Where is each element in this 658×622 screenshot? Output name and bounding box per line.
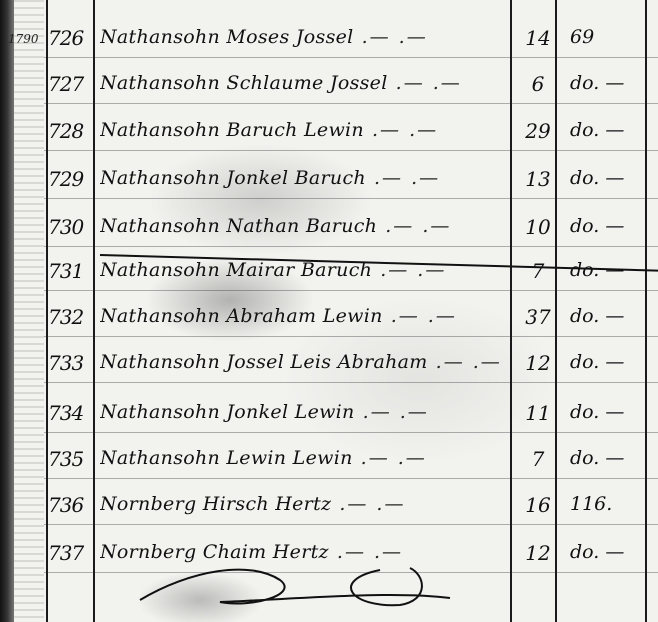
entry-age: 14 [515, 26, 561, 50]
filler-dashes: .— .— [383, 305, 457, 327]
entry-age: 16 [515, 493, 561, 517]
row-rule [44, 524, 658, 525]
filler-dashes: .— .— [377, 215, 451, 237]
entry-remark: do. — [570, 72, 640, 94]
entry-remark: do. — [570, 167, 640, 189]
entry-name: Nathansohn Baruch Lewin .— .— [100, 119, 505, 141]
filler-dashes: .— .— [366, 167, 440, 189]
entry-remark: do. — [570, 447, 640, 469]
register-entry: 734Nathansohn Jonkel Lewin .— .—11do. — [0, 395, 658, 435]
register-page: 1790 726Nathansohn Moses Jossel .— .—146… [0, 0, 658, 622]
register-entry: 729Nathansohn Jonkel Baruch .— .—13do. — [0, 161, 658, 201]
entry-name-text: Nathansohn Baruch Lewin [100, 119, 364, 141]
entry-age: 37 [515, 305, 561, 329]
signature-flourish [130, 560, 460, 610]
row-rule [44, 150, 658, 151]
entry-number: 736 [48, 493, 92, 517]
register-entry: 728Nathansohn Baruch Lewin .— .—29do. — [0, 113, 658, 153]
entry-remark: do. — [570, 401, 640, 423]
row-rule [44, 57, 658, 58]
entry-age: 29 [515, 119, 561, 143]
row-rule [44, 103, 658, 104]
entry-remark: 116. [570, 493, 640, 515]
entry-remark: do. — [570, 215, 640, 237]
row-rule [44, 290, 658, 291]
entry-number: 734 [48, 401, 92, 425]
entry-number: 732 [48, 305, 92, 329]
register-entry: 727Nathansohn Schlaume Jossel .— .—6do. … [0, 66, 658, 106]
entry-number: 735 [48, 447, 92, 471]
register-entry: 731Nathansohn Mairar Baruch .— .—7do. — [0, 253, 658, 293]
entry-name: Nathansohn Mairar Baruch .— .— [100, 259, 505, 281]
entry-name: Nathansohn Moses Jossel .— .— [100, 26, 505, 48]
row-rule [44, 246, 658, 247]
entry-name-text: Nathansohn Jonkel Lewin [100, 401, 355, 423]
entry-age: 6 [515, 72, 561, 96]
row-rule [44, 198, 658, 199]
entry-age: 7 [515, 259, 561, 283]
register-entry: 735Nathansohn Lewin Lewin .— .—7do. — [0, 441, 658, 481]
entry-number: 730 [48, 215, 92, 239]
entry-name-text: Nathansohn Jonkel Baruch [100, 167, 366, 189]
entry-name: Nathansohn Nathan Baruch .— .— [100, 215, 505, 237]
entry-number: 733 [48, 351, 92, 375]
entry-age: 12 [515, 541, 561, 565]
filler-dashes: .— .— [428, 351, 502, 373]
entry-remark: do. — [570, 119, 640, 141]
entry-name-text: Nathansohn Nathan Baruch [100, 215, 377, 237]
entry-number: 729 [48, 167, 92, 191]
row-rule [44, 432, 658, 433]
entry-name-text: Nathansohn Abraham Lewin [100, 305, 383, 327]
entry-remark: do. — [570, 351, 640, 373]
row-rule [44, 478, 658, 479]
entry-name-text: Nathansohn Schlaume Jossel [100, 72, 388, 94]
register-entry: 726Nathansohn Moses Jossel .— .—1469 [0, 20, 658, 60]
entry-number: 727 [48, 72, 92, 96]
entry-name-text: Nathansohn Jossel Leis Abraham [100, 351, 428, 373]
entry-name-text: Nathansohn Moses Jossel [100, 26, 354, 48]
row-rule [44, 336, 658, 337]
entry-name-text: Nathansohn Lewin Lewin [100, 447, 353, 469]
entry-remark: do. — [570, 305, 640, 327]
filler-dashes: .— .— [388, 72, 462, 94]
entry-age: 12 [515, 351, 561, 375]
entry-age: 11 [515, 401, 561, 425]
entry-name: Nornberg Hirsch Hertz .— .— [100, 493, 505, 515]
register-entry: 732Nathansohn Abraham Lewin .— .—37do. — [0, 299, 658, 339]
entry-name: Nathansohn Jonkel Lewin .— .— [100, 401, 505, 423]
entry-name: Nathansohn Schlaume Jossel .— .— [100, 72, 505, 94]
entry-name-text: Nornberg Hirsch Hertz [100, 493, 331, 515]
filler-dashes: .— .— [354, 26, 428, 48]
entry-name: Nathansohn Jonkel Baruch .— .— [100, 167, 505, 189]
filler-dashes: .— .— [353, 447, 427, 469]
entry-number: 726 [48, 26, 92, 50]
filler-dashes: .— .— [355, 401, 429, 423]
entry-name: Nathansohn Jossel Leis Abraham .— .— [100, 351, 505, 373]
entry-number: 737 [48, 541, 92, 565]
filler-dashes: .— .— [331, 493, 405, 515]
row-rule [44, 382, 658, 383]
entry-age: 13 [515, 167, 561, 191]
entry-age: 7 [515, 447, 561, 471]
entry-number: 731 [48, 259, 92, 283]
filler-dashes: .— .— [364, 119, 438, 141]
entry-remark: 69 [570, 26, 640, 48]
entry-remark: do. — [570, 541, 640, 563]
entry-name: Nathansohn Abraham Lewin .— .— [100, 305, 505, 327]
entry-name: Nathansohn Lewin Lewin .— .— [100, 447, 505, 469]
register-entry: 730Nathansohn Nathan Baruch .— .—10do. — [0, 209, 658, 249]
register-entry: 733Nathansohn Jossel Leis Abraham .— .—1… [0, 345, 658, 385]
entry-number: 728 [48, 119, 92, 143]
entry-age: 10 [515, 215, 561, 239]
register-entry: 736Nornberg Hirsch Hertz .— .—16116. [0, 487, 658, 527]
